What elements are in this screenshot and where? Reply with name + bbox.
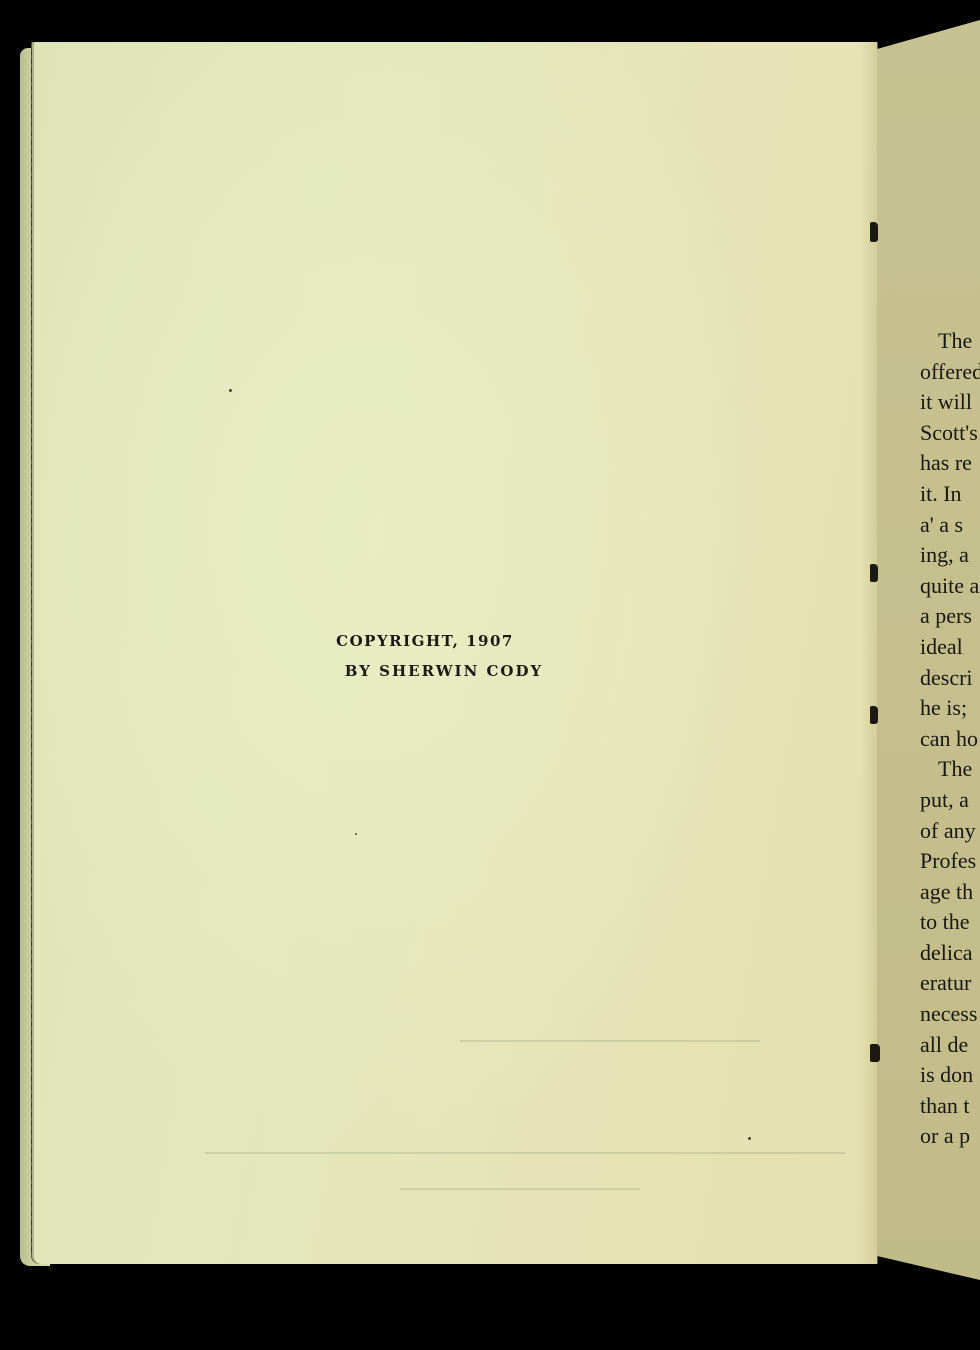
binding-thread-mark <box>870 222 878 242</box>
text-line: is don <box>920 1060 980 1091</box>
text-line: a' a s <box>920 510 980 541</box>
text-line: has re <box>920 448 980 479</box>
text-line: age th <box>920 877 980 908</box>
text-line: delica <box>920 938 980 969</box>
text-line: eratur <box>920 968 980 999</box>
text-line: than t <box>920 1091 980 1122</box>
copyright-notice: COPYRIGHT, 1907 BY SHERWIN CODY <box>31 626 877 686</box>
binding-thread-mark <box>870 706 878 724</box>
text-line: offered <box>920 357 980 388</box>
paper-speck <box>229 389 232 392</box>
text-line: to the <box>920 907 980 938</box>
text-line: descri <box>920 663 980 694</box>
book-spread: COPYRIGHT, 1907 BY SHERWIN CODY The offe… <box>0 0 980 1350</box>
text-line: a pers <box>920 601 980 632</box>
paper-speck <box>355 833 357 835</box>
text-line: Scott's <box>920 418 980 449</box>
copyright-year-line: COPYRIGHT, 1907 <box>0 626 877 656</box>
binding-thread-mark <box>870 564 878 582</box>
text-line: can ho <box>920 724 980 755</box>
text-line: ideal <box>920 632 980 663</box>
text-line: The <box>920 326 980 357</box>
text-line: or a p <box>920 1121 980 1152</box>
right-page-body-text: The offered it will Scott's has re it. I… <box>920 326 980 1152</box>
copyright-author-line: BY SHERWIN CODY <box>11 656 877 686</box>
text-line: ing, a <box>920 540 980 571</box>
text-line: necess <box>920 999 980 1030</box>
text-line: all de <box>920 1030 980 1061</box>
text-line: Profes <box>920 846 980 877</box>
paper-speck <box>748 1137 751 1140</box>
text-line: quite a <box>920 571 980 602</box>
text-line: it. In <box>920 479 980 510</box>
text-line: of any <box>920 816 980 847</box>
text-line: it will <box>920 387 980 418</box>
text-line: he is; <box>920 693 980 724</box>
show-through-line <box>205 1152 845 1154</box>
binding-thread-mark <box>870 1044 880 1062</box>
show-through-line <box>460 1040 760 1042</box>
text-line: put, a <box>920 785 980 816</box>
show-through-line <box>400 1188 640 1190</box>
text-line: The <box>920 754 980 785</box>
